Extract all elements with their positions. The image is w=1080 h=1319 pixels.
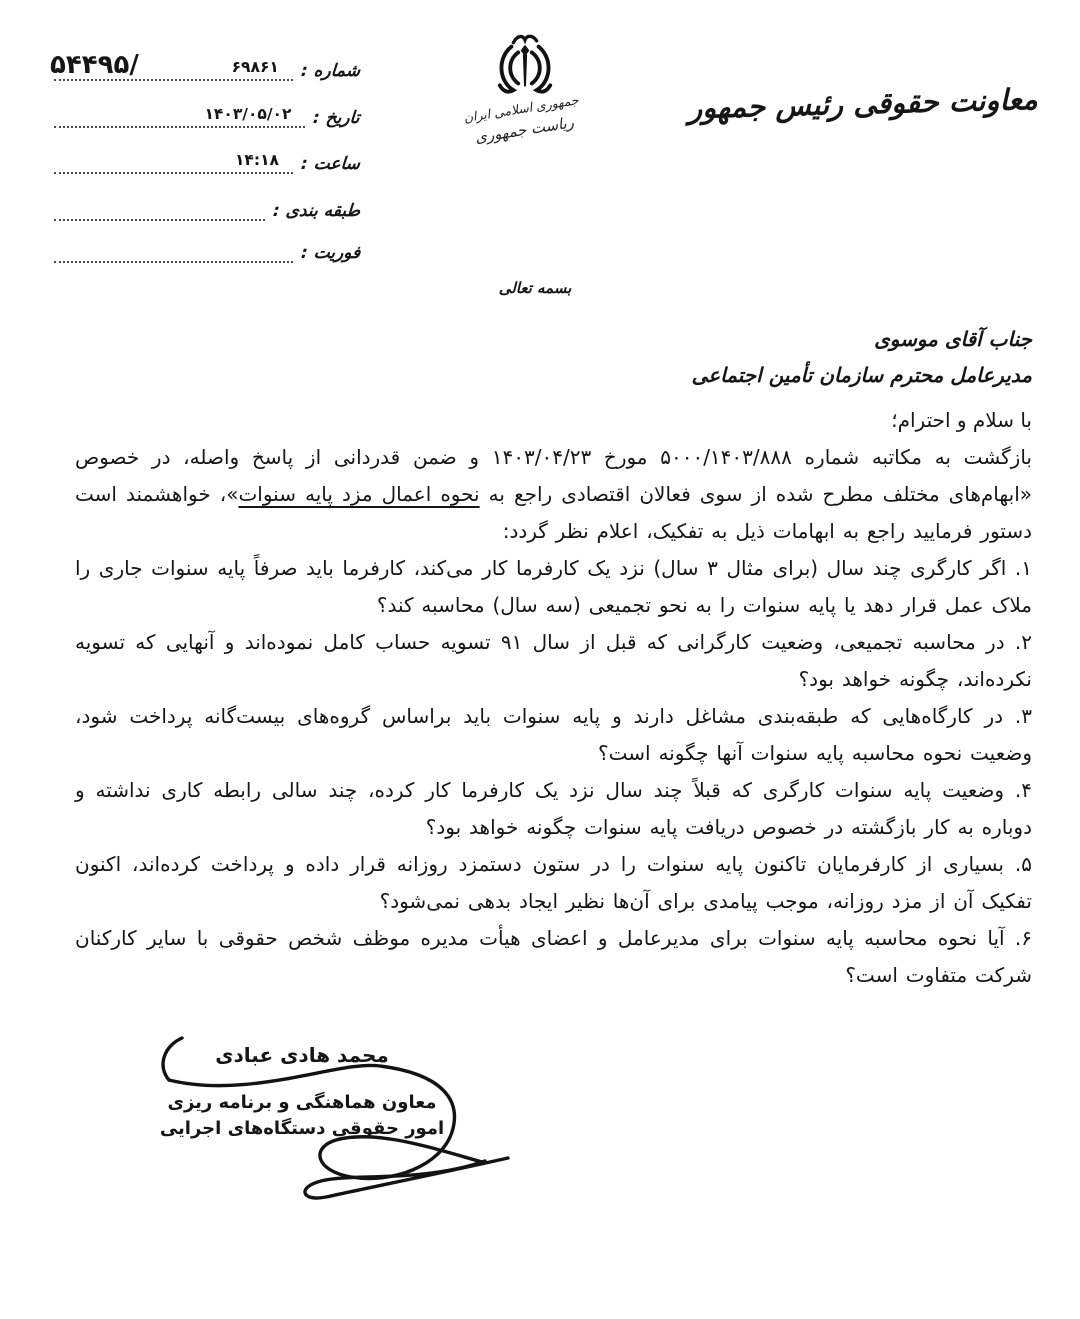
signer-title-line1: معاون هماهنگی و برنامه ریزی bbox=[128, 1090, 476, 1116]
number-label: شماره : bbox=[292, 61, 360, 81]
time-label: ساعت : bbox=[292, 154, 360, 174]
letterhead-title: معاونت حقوقی رئیس جمهور bbox=[688, 82, 1038, 125]
recipient-name: جناب آقای موسوی bbox=[75, 321, 1032, 357]
letter-number-secondary: ۵۴۴۹۵/ bbox=[50, 50, 139, 80]
field-classification: طبقه بندی : bbox=[44, 191, 360, 221]
number-value: ۶۹۸۶۱ bbox=[232, 58, 279, 76]
question-item-3: ۳. در کارگاه‌هایی که طبقه‌بندی مشاغل دار… bbox=[75, 698, 1032, 772]
signer-titles: معاون هماهنگی و برنامه ریزی امور حقوقی د… bbox=[128, 1090, 476, 1142]
question-item-5: ۵. بسیاری از کارفرمایان تاکنون پایه سنوا… bbox=[75, 846, 1032, 920]
urgency-label: فوریت : bbox=[292, 243, 361, 263]
question-item-1: ۱. اگر کارگری چند سال (برای مثال ۳ سال) … bbox=[75, 550, 1032, 624]
date-value: ۱۴۰۳/۰۵/۰۲ bbox=[204, 105, 291, 123]
letter-body: جناب آقای موسوی مدیرعامل محترم سازمان تأ… bbox=[75, 321, 1032, 994]
signer-name: محمد هادی عبادی bbox=[128, 1042, 476, 1068]
dotted-line: ۱۴۰۳/۰۵/۰۲ bbox=[54, 98, 305, 128]
letter-page: شماره : ۶۹۸۶۱ تاریخ : ۱۴۰۳/۰۵/۰۲ ساعت : … bbox=[0, 0, 1080, 1319]
recipient-title: مدیرعامل محترم سازمان تأمین اجتماعی bbox=[75, 357, 1032, 393]
time-value: ۱۴:۱۸ bbox=[235, 151, 279, 169]
classification-label: طبقه بندی : bbox=[264, 201, 361, 221]
intro-paragraph: بازگشت به مکاتبه شماره ۵۰۰۰/۱۴۰۳/۸۸۸ مور… bbox=[75, 439, 1032, 550]
intro-underlined-phrase: نحوه اعمال مزد پایه سنوات bbox=[238, 482, 479, 506]
salutation: با سلام و احترام؛ bbox=[75, 402, 1032, 439]
field-time: ساعت : ۱۴:۱۸ bbox=[44, 144, 360, 174]
signer-title-line2: امور حقوقی دستگاه‌های اجرایی bbox=[128, 1116, 476, 1142]
field-urgency: فوریت : bbox=[44, 233, 360, 263]
dotted-line bbox=[54, 233, 293, 263]
dotted-line bbox=[54, 191, 265, 221]
date-label: تاریخ : bbox=[305, 108, 361, 128]
dotted-line: ۱۴:۱۸ bbox=[54, 144, 293, 174]
question-item-6: ۶. آیا نحوه محاسبه پایه سنوات برای مدیرع… bbox=[75, 920, 1032, 994]
question-item-4: ۴. وضعیت پایه سنوات کارگری که قبلاً چند … bbox=[75, 772, 1032, 846]
signature-block: محمد هادی عبادی معاون هماهنگی و برنامه ر… bbox=[128, 1042, 476, 1142]
recipient-block: جناب آقای موسوی مدیرعامل محترم سازمان تأ… bbox=[75, 321, 1032, 393]
basmala: بسمه تعالی bbox=[430, 279, 640, 297]
iran-emblem-icon bbox=[494, 31, 556, 105]
question-item-2: ۲. در محاسبه تجمیعی، وضعیت کارگرانی که ق… bbox=[75, 624, 1032, 698]
field-date: تاریخ : ۱۴۰۳/۰۵/۰۲ bbox=[44, 98, 360, 128]
